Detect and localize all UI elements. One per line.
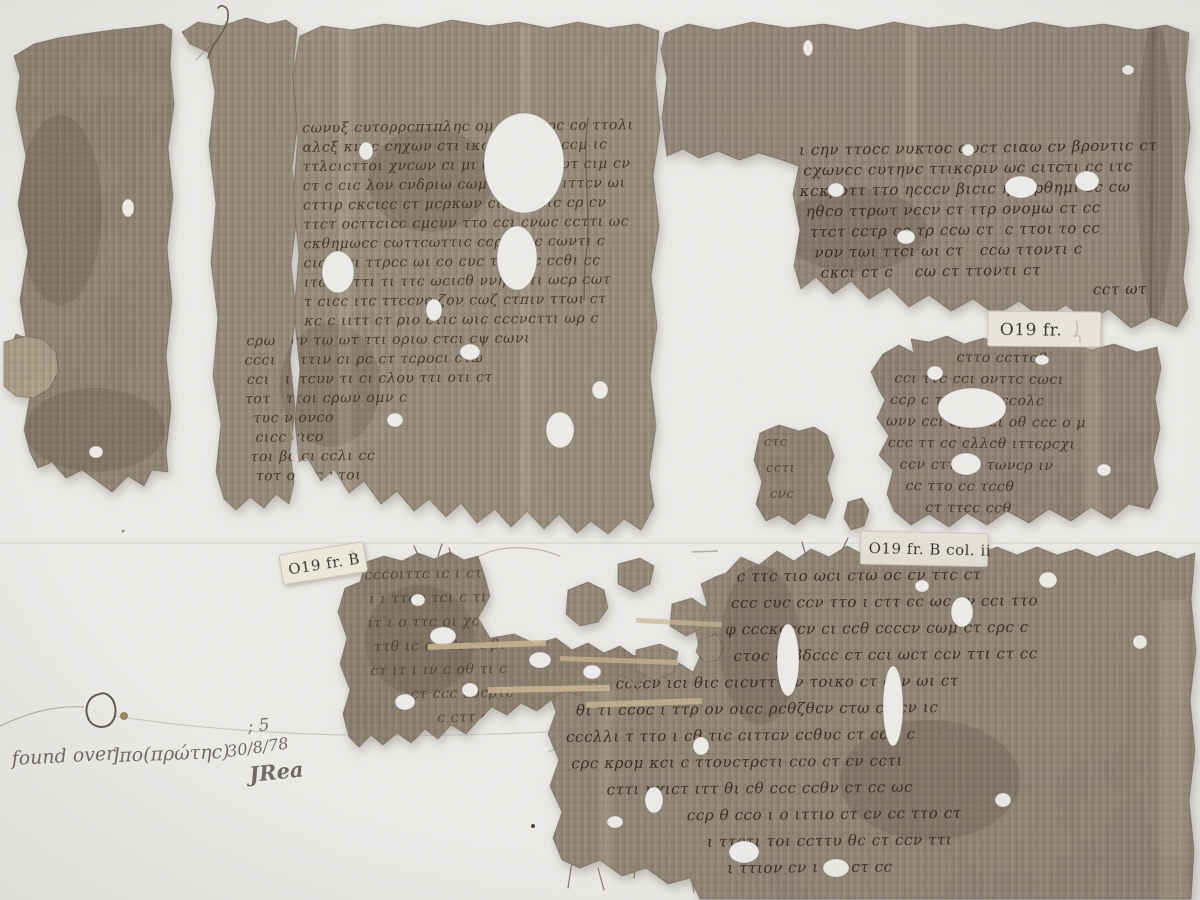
vignette bbox=[0, 0, 1200, 900]
photo-frame: ϲωνυξ ϲυτορρϲπτπληϲ ομ ϲγο ωρϲ ϲο ττολια… bbox=[0, 0, 1200, 900]
papyrus-svg: ϲωνυξ ϲυτορρϲπτπληϲ ομ ϲγο ωρϲ ϲο ττολια… bbox=[0, 0, 1200, 900]
